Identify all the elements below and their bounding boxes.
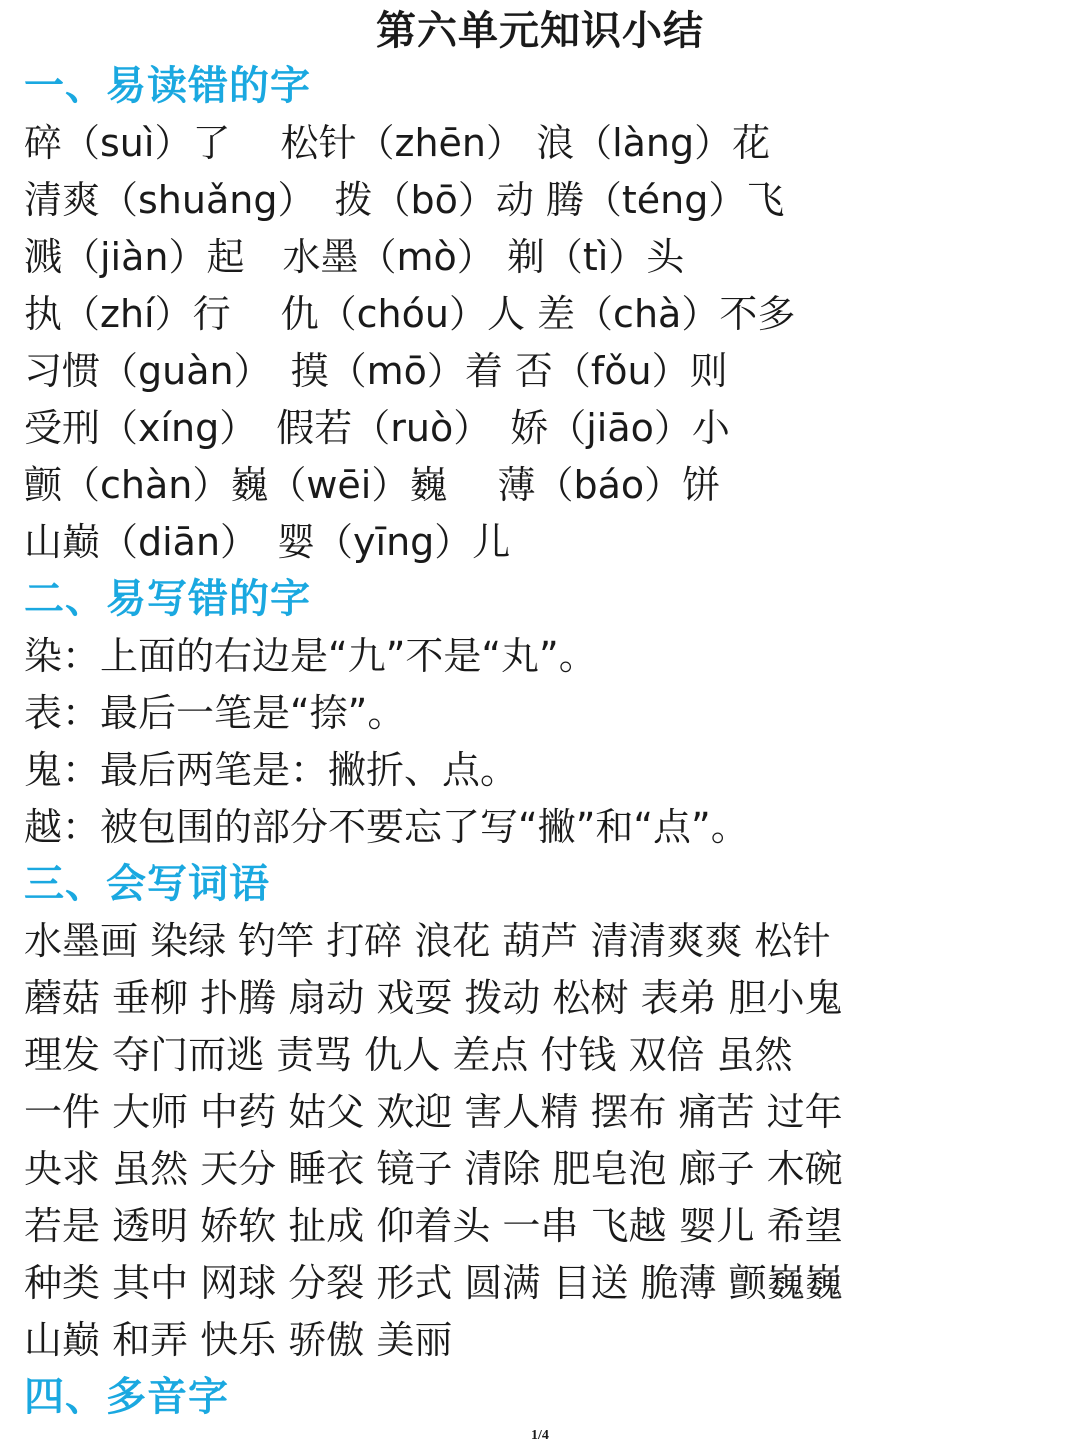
vocabulary-line: 若是 透明 娇软 扯成 仰着头 一串 飞越 婴儿 希望 (24, 1201, 843, 1251)
pinyin-line: 清爽（shuǎng） 拨（bō）动 腾（téng）飞 (24, 175, 784, 225)
writing-tip-line: 越：被包围的部分不要忘了写“撇”和“点”。 (24, 802, 749, 852)
pinyin-line: 习惯（guàn） 摸（mō）着 否（fǒu）则 (24, 346, 728, 396)
page-number: 1/4 (0, 1428, 1080, 1444)
page-title: 第六单元知识小结 (0, 6, 1080, 56)
pinyin-line: 受刑（xíng） 假若（ruò） 娇（jiāo）小 (24, 403, 730, 453)
section-heading-miswritten-characters: 二、易写错的字 (24, 574, 311, 624)
pinyin-line: 山巅（diān） 婴（yīng）儿 (24, 517, 510, 567)
vocabulary-line: 一件 大师 中药 姑父 欢迎 害人精 摆布 痛苦 过年 (24, 1087, 843, 1137)
section-heading-polyphonic-characters: 四、多音字 (24, 1372, 229, 1422)
vocabulary-line: 蘑菇 垂柳 扑腾 扇动 戏耍 拨动 松树 表弟 胆小鬼 (24, 973, 843, 1023)
writing-tip-line: 表：最后一笔是“捺”。 (24, 688, 405, 738)
writing-tip-line: 鬼：最后两笔是：撇折、点。 (24, 745, 518, 795)
vocabulary-line: 山巅 和弄 快乐 骄傲 美丽 (24, 1315, 452, 1365)
vocabulary-line: 种类 其中 网球 分裂 形式 圆满 目送 脆薄 颤巍巍 (24, 1258, 843, 1308)
section-heading-vocabulary: 三、会写词语 (24, 859, 270, 909)
section-heading-misread-characters: 一、易读错的字 (24, 61, 311, 111)
writing-tip-line: 染：上面的右边是“九”不是“丸”。 (24, 631, 597, 681)
vocabulary-line: 水墨画 染绿 钓竿 打碎 浪花 葫芦 清清爽爽 松针 (24, 916, 831, 966)
pinyin-line: 颤（chàn）巍（wēi）巍 薄（báo）饼 (24, 460, 720, 510)
vocabulary-line: 理发 夺门而逃 责骂 仇人 差点 付钱 双倍 虽然 (24, 1030, 793, 1080)
vocabulary-line: 央求 虽然 天分 睡衣 镜子 清除 肥皂泡 廊子 木碗 (24, 1144, 843, 1194)
pinyin-line: 溅（jiàn）起 水墨（mò） 剃（tì）头 (24, 232, 684, 282)
pinyin-line: 碎（suì）了 松针（zhēn） 浪（làng）花 (24, 118, 770, 168)
pinyin-line: 执（zhí）行 仇（chóu）人 差（chà）不多 (24, 289, 795, 339)
